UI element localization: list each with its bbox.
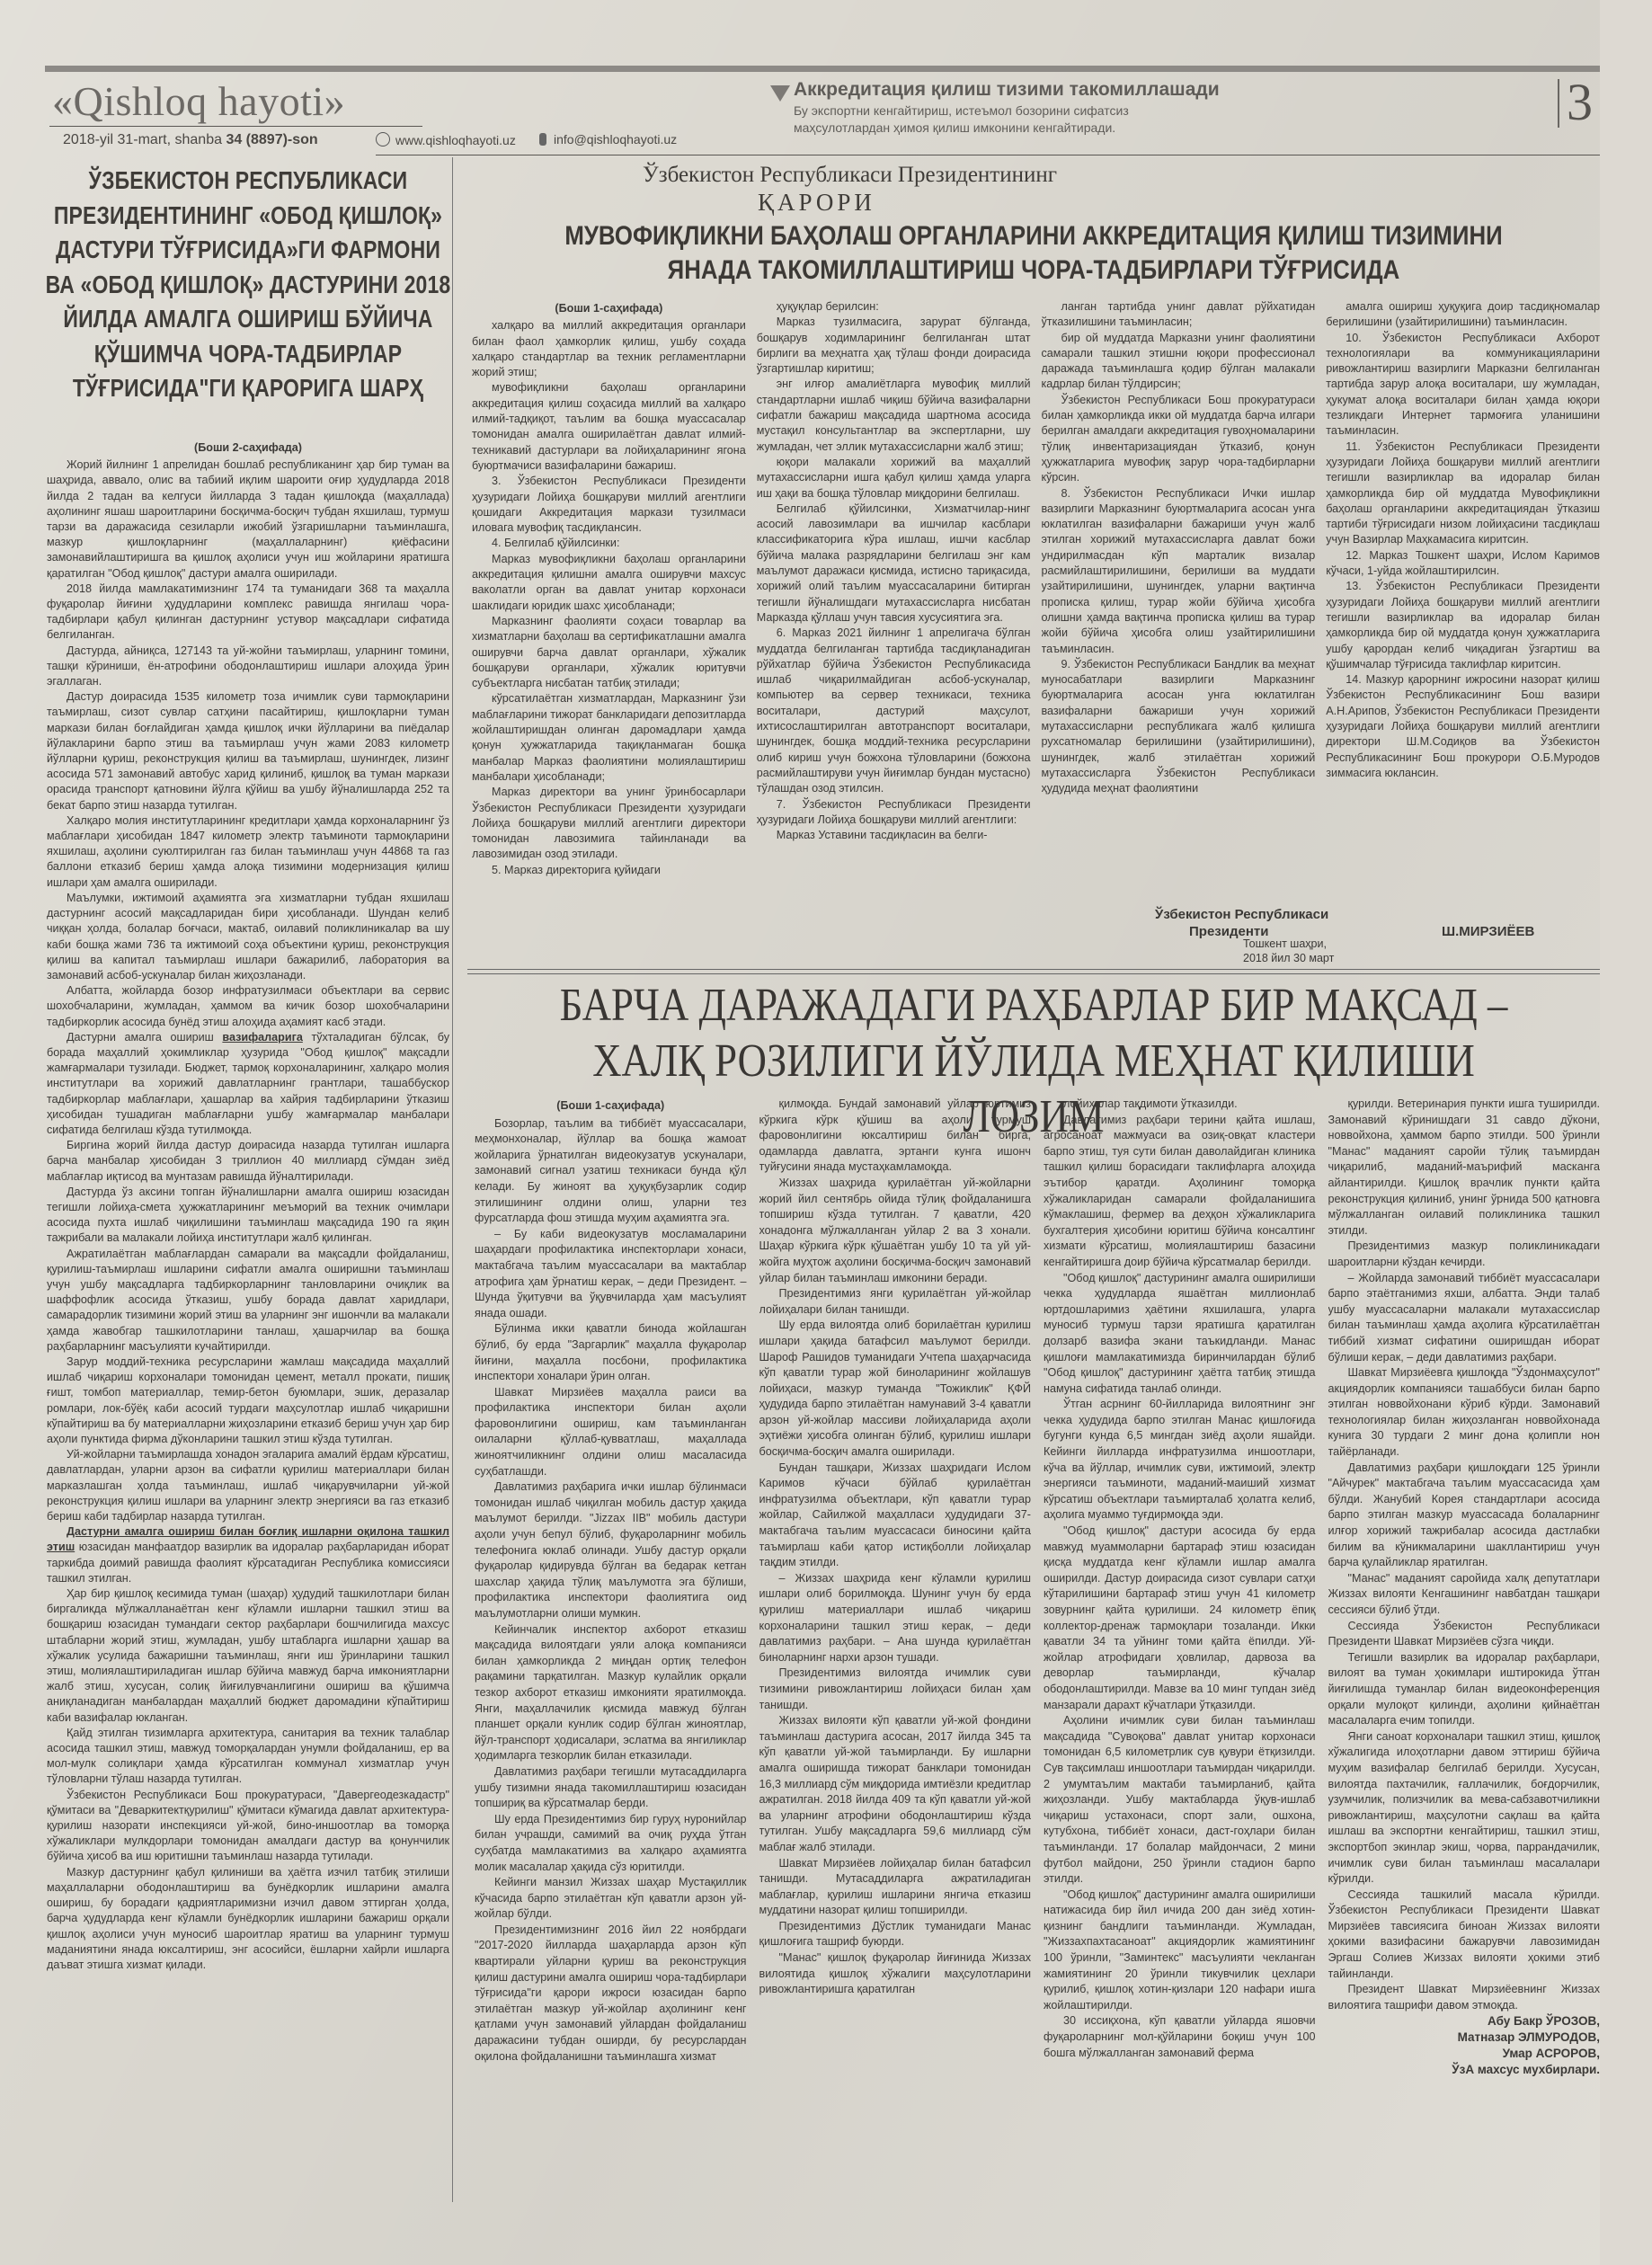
paragraph: Қайд этилган тизимларга архитектура, сан… [47,1726,449,1788]
column-divider [452,157,453,2202]
paragraph: Янги саноат корхоналари ташкил этиш, қиш… [1328,1729,1601,1887]
paragraph: Биргина жорий йилда дастур доирасида наз… [47,1138,449,1185]
paragraph: Зарур моддий-техника ресурсларини жамлаш… [47,1355,449,1447]
paragraph: 8. Ўзбекистон Республикаси Ички ишлар ва… [1042,486,1316,657]
paragraph: "Обод қишлоқ" дастурининг амалга оширили… [1044,1887,1316,2014]
paragraph: – Жиззах шаҳрида кенг кўламли қурилиш иш… [759,1571,1032,1666]
paragraph: Президентимиз янги қурилаётган уй-жойлар… [759,1286,1032,1318]
paragraph: Шавкат Мирзиёев лойиҳалар билан батафсил… [759,1856,1032,1919]
paragraph: Ўзбекистон Республикаси Бош прокуратурас… [47,1788,449,1865]
article2-column: (Боши 1-саҳифада) Бозорлар, таълим ва ти… [475,1097,747,2265]
paragraph: қилмоқда. Бундай замонавий уйлар юртимиз… [759,1097,1032,1176]
paragraph: мувофиқликни баҳолаш органларини аккреди… [472,380,746,474]
paragraph: 4. Белгилаб қўйилсинки: [472,536,746,551]
phone-icon [539,133,546,146]
paragraph: Белгилаб қўйилсинки, Хизматчилар-нинг ас… [757,502,1031,626]
signature-title-line1: Ўзбекистон Республикаси [1155,906,1328,923]
paragraph: 12. Марказ Тошкент шаҳри, Ислом Каримов … [1326,548,1600,580]
decree-kind: ҚАРОРИ [758,189,875,217]
paragraph: Бундан ташқари, Жиззах шаҳридаги Ислом К… [759,1461,1032,1571]
paragraph: "Манас" қишлоқ фуқаролар йиғинида Жиззах… [759,1950,1032,1998]
paragraph: Дастурни амалга ошириш билан боғлиқ ишла… [47,1524,449,1586]
paragraph: Кейинчалик инспектор ахборот етказиш мақ… [475,1622,747,1764]
signature-date: 2018 йил 30 март [1243,951,1334,965]
decree-title: МУВОФИҚЛИКНИ БАҲОЛАШ ОРГАНЛАРИНИ АККРЕДИ… [546,219,1521,288]
page-number: 3 [1567,72,1593,132]
paragraph: Марказ мувофиқликни баҳолаш органларини … [472,552,746,614]
paragraph: Президентимиз вилоятда ичимлик суви тизи… [759,1665,1032,1713]
left-article-paragraphs: Жорий йилнинг 1 апрелидан бошлаб республ… [47,457,449,1973]
signature-name: Ш.МИРЗИЁЕВ [1442,924,1534,939]
decree-column: (Боши 1-саҳифада) халқаро ва миллий аккр… [472,299,746,919]
paragraph: халқаро ва миллий аккредитация органлари… [472,318,746,380]
paragraph: амалга ошириш ҳуқуқига доир тасдиқномала… [1326,299,1600,331]
signature-title: Ўзбекистон Республикаси Президенти [1155,906,1328,940]
paragraph: Давлатимиз раҳбари терини қайта ишлаш, а… [1044,1113,1316,1271]
paragraph: ҳуқуқлар берилсин: [757,299,1031,315]
paragraph: Марказ Уставини тасдиқласин ва белги- [757,828,1031,843]
article2-column: қилмоқда. Бундай замонавий уйлар юртимиз… [759,1097,1032,2265]
paragraph: Халқаро молия институтларининг кредитлар… [47,813,449,891]
paragraph: 5. Марказ директорига қуйидаги [472,863,746,878]
paragraph: "Обод қишлоқ" дастури асосида бу ерда ма… [1044,1523,1316,1713]
teaser-title: Аккредитация қилиш тизими такомиллашади [794,79,1220,101]
paragraph: 2018 йилда мамлакатимизнинг 174 та туман… [47,582,449,644]
paragraph: 3. Ўзбекистон Республикаси Президенти ҳу… [472,474,746,536]
decree-column: ланган тартибда унинг давлат рўйхатидан … [1042,299,1316,919]
paragraph: Тегишли вазирлик ва идоралар раҳбарлари,… [1328,1650,1601,1729]
paragraph: Уй-жойларни таъмирлашда хонадон эгалариг… [47,1447,449,1524]
paragraph: Аҳолини ичимлик суви билан таъминлаш мақ… [1044,1713,1316,1887]
article2-column: лойиҳалар тақдимоти ўтказилди.Давлатимиз… [1044,1097,1316,2265]
paragraph: Марказ тузилмасига, зарурат бўлганда, бо… [757,315,1031,377]
paragraph: Шавкат Мирзиёев маҳалла раиси ва профила… [475,1385,747,1480]
emphasized-text: вазифаларига [222,1031,302,1044]
paragraph: Ўтган асрнинг 60-йилларида вилоятнинг эн… [1044,1397,1316,1523]
byline-line: Абу Бакр ЎРОЗОВ, [1328,2013,1601,2030]
paragraph: Сессияда Ўзбекистон Республикаси Президе… [1328,1619,1601,1650]
paragraph: Давлатимиз раҳбарига ички ишлар бўлинмас… [475,1479,747,1621]
left-article-body: (Боши 2-саҳифада) Жорий йилнинг 1 апрели… [47,439,449,1973]
masthead-rule [49,126,422,127]
paragraph: Ҳар бир қишлоқ кесимида туман (шаҳар) ҳу… [47,1586,449,1726]
email-text: info@qishloqhayoti.uz [554,132,677,147]
byline-line: Умар АСРОРОВ, [1328,2046,1601,2062]
paragraph: Дастурни амалга ошириш вазифаларига тўхт… [47,1030,449,1138]
page-margin [1600,0,1652,2265]
decree-column: амалга ошириш ҳуқуқига доир тасдиқномала… [1326,299,1600,919]
globe-icon [376,132,390,147]
article2-column: қурилди. Ветеринария пункти ишга туширил… [1328,1097,1601,2265]
teaser-subtitle: Бу экспортни кенгайтириш, истеъмол бозор… [794,102,1171,137]
paragraph: Маълумки, ижтимоий аҳамиятга эга хизматл… [47,891,449,983]
newspaper-title: «Qishloq hayoti» [52,77,345,125]
paragraph: 14. Мазкур қарорнинг ижросини назорат қи… [1326,672,1600,781]
paragraph: Президентимиз Дўстлик туманидаги Манас қ… [759,1919,1032,1950]
paragraph: Ажратилаётган маблағлардан самарали ва м… [47,1247,449,1355]
paragraph: 10. Ўзбекистон Республикаси Ахборот техн… [1326,331,1600,440]
issue-number: 34 (8897)-son [226,132,317,147]
paragraph: кўрсатилаётган хизматлардан, Марказнинг … [472,691,746,785]
paragraph: энг илғор амалиётларга мувофиқ миллий ст… [757,377,1031,454]
paragraph: Ўзбекистон Республикаси Бош прокуратурас… [1042,393,1316,486]
paragraph: "Манас" маданият саройида халқ депутатла… [1328,1571,1601,1619]
paragraph: Албатта, жойларда бозор инфратузилмаси о… [47,983,449,1030]
paragraph: 9. Ўзбекистон Республикаси Бандлик ва ме… [1042,657,1316,797]
signature-place-date: Тошкент шаҳри, 2018 йил 30 март [1243,937,1334,965]
paragraph: Президентимиз мазкур поликлиникадаги шар… [1328,1239,1601,1270]
paragraph: Шавкат Мирзиёевга қишлоқда "Ўздонмаҳсуло… [1328,1365,1601,1461]
paragraph: Жиззах вилояти кўп қаватли уй-жой фондин… [759,1713,1032,1855]
paragraph: Кейинги манзил Жиззах шаҳар Мустақиллик … [475,1875,747,1923]
email-link[interactable]: info@qishloqhayoti.uz [539,132,677,147]
paragraph: Марказ директори ва унинг ўринбосарлари … [472,785,746,862]
left-article-headline: ЎЗБЕКИСТОН РЕСПУБЛИКАСИ ПРЕЗИДЕНТИНИНГ «… [46,164,451,406]
triangle-down-icon [770,85,790,102]
signature-place: Тошкент шаҳри, [1243,937,1334,951]
issue-date: 2018-yil 31-mart, shanba 34 (8897)-son [63,132,318,148]
decree-column: ҳуқуқлар берилсин:Марказ тузилмасига, за… [757,299,1031,919]
paragraph: қурилди. Ветеринария пункти ишга туширил… [1328,1097,1601,1239]
article2-body: (Боши 1-саҳифада) Бозорлар, таълим ва ти… [475,1097,1600,2265]
byline: Абу Бакр ЎРОЗОВ,Матназар ЭЛМУРОДОВ,Умар … [1328,2013,1601,2078]
paragraph: юқори малакали хорижий ва маҳаллий мутах… [757,455,1031,502]
paragraph: Президентимизнинг 2016 йил 22 ноябрдаги … [475,1923,747,2065]
paragraph: Президент Шавкат Мирзиёевнинг Жиззах вил… [1328,1982,1601,2013]
paragraph: Давлатимиз раҳбари тегишли мутасаддиларг… [475,1764,747,1812]
decree-body: (Боши 1-саҳифада) халқаро ва миллий аккр… [472,299,1600,919]
paragraph: ланган тартибда унинг давлат рўйхатидан … [1042,299,1316,331]
section-rule [467,969,1600,970]
paragraph: Давлатимиз раҳбари қишлоқдаги 125 ўринли… [1328,1461,1601,1571]
source-note: (Боши 1-саҳифада) [472,301,746,316]
paragraph: Дастур доирасида 1535 километр тоза ичим… [47,689,449,813]
emphasized-text: Дастурни амалга ошириш билан боғлиқ ишла… [47,1525,449,1553]
decree-issuer: Ўзбекистон Республикаси Президентининг [643,163,1057,188]
masthead-rule-right [376,155,1600,155]
paragraph: Марказнинг фаолияти соҳаси товарлар ва х… [472,614,746,691]
page-number-divider [1558,79,1559,128]
website-text: www.qishloqhayoti.uz [395,133,516,147]
paragraph: Шу ерда Президентимиз бир гуруҳ нуронийл… [475,1812,747,1875]
article2-headline-line1: БАРЧА ДАРАЖАДАГИ РАҲБАРЛАР БИР МАҚСАД – [546,978,1521,1034]
source-note: (Боши 1-саҳифада) [475,1098,747,1115]
paragraph: Дастурда, айниқса, 127143 та уй-жойни та… [47,644,449,690]
paragraph: 11. Ўзбекистон Республикаси Президенти ҳ… [1326,440,1600,548]
paragraph: лойиҳалар тақдимоти ўтказилди. [1044,1097,1316,1113]
paragraph: Мазкур дастурнинг қабул қилиниши ва ҳаёт… [47,1865,449,1973]
section-rule [467,973,1600,974]
paragraph: 7. Ўзбекистон Республикаси Президенти ҳу… [757,797,1031,829]
byline-line: ЎзА махсус мухбирлари. [1328,2062,1601,2078]
paragraph: – Бу каби видеокузатув мосламаларини шаҳ… [475,1227,747,1322]
paragraph: Шу ерда вилоятда олиб борилаётган қурили… [759,1318,1032,1460]
left-article-headline-block: ЎЗБЕКИСТОН РЕСПУБЛИКАСИ ПРЕЗИДЕНТИНИНГ «… [47,164,449,406]
masthead-bar [45,66,1600,72]
paragraph: "Обод қишлоқ" дастурининг амалга оширили… [1044,1271,1316,1398]
paragraph: 30 иссиқхона, кўп қаватли уйларда яшовчи… [1044,2013,1316,2061]
newspaper-page: «Qishloq hayoti» 2018-yil 31-mart, shanb… [0,0,1600,2265]
paragraph: Жиззах шаҳрида қурилаётган уй-жойларни ж… [759,1176,1032,1286]
paragraph: Сессияда ташкилий масала кўрилди. Ўзбеки… [1328,1887,1601,1983]
paragraph: Бўлинма икки қаватли бинода жойлашган бў… [475,1321,747,1384]
source-note: (Боши 2-саҳифада) [47,440,449,456]
paragraph: Бозорлар, таълим ва тиббиёт муассасалари… [475,1116,747,1227]
paragraph: 13. Ўзбекистон Республикаси Президенти ҳ… [1326,579,1600,672]
paragraph: бир ой муддатда Марказни унинг фаолиятин… [1042,331,1316,393]
paragraph: Дастурда ўз аксини топган йўналишларни а… [47,1185,449,1247]
paragraph: 6. Марказ 2021 йилнинг 1 апрелигача бўлг… [757,626,1031,796]
website-link[interactable]: www.qishloqhayoti.uz [376,132,516,147]
paragraph: Жорий йилнинг 1 апрелидан бошлаб республ… [47,457,449,582]
byline-line: Матназар ЭЛМУРОДОВ, [1328,2030,1601,2046]
date-text: 2018-yil 31-mart, shanba [63,132,226,147]
paragraph: – Жойларда замонавий тиббиёт муассасалар… [1328,1271,1601,1366]
